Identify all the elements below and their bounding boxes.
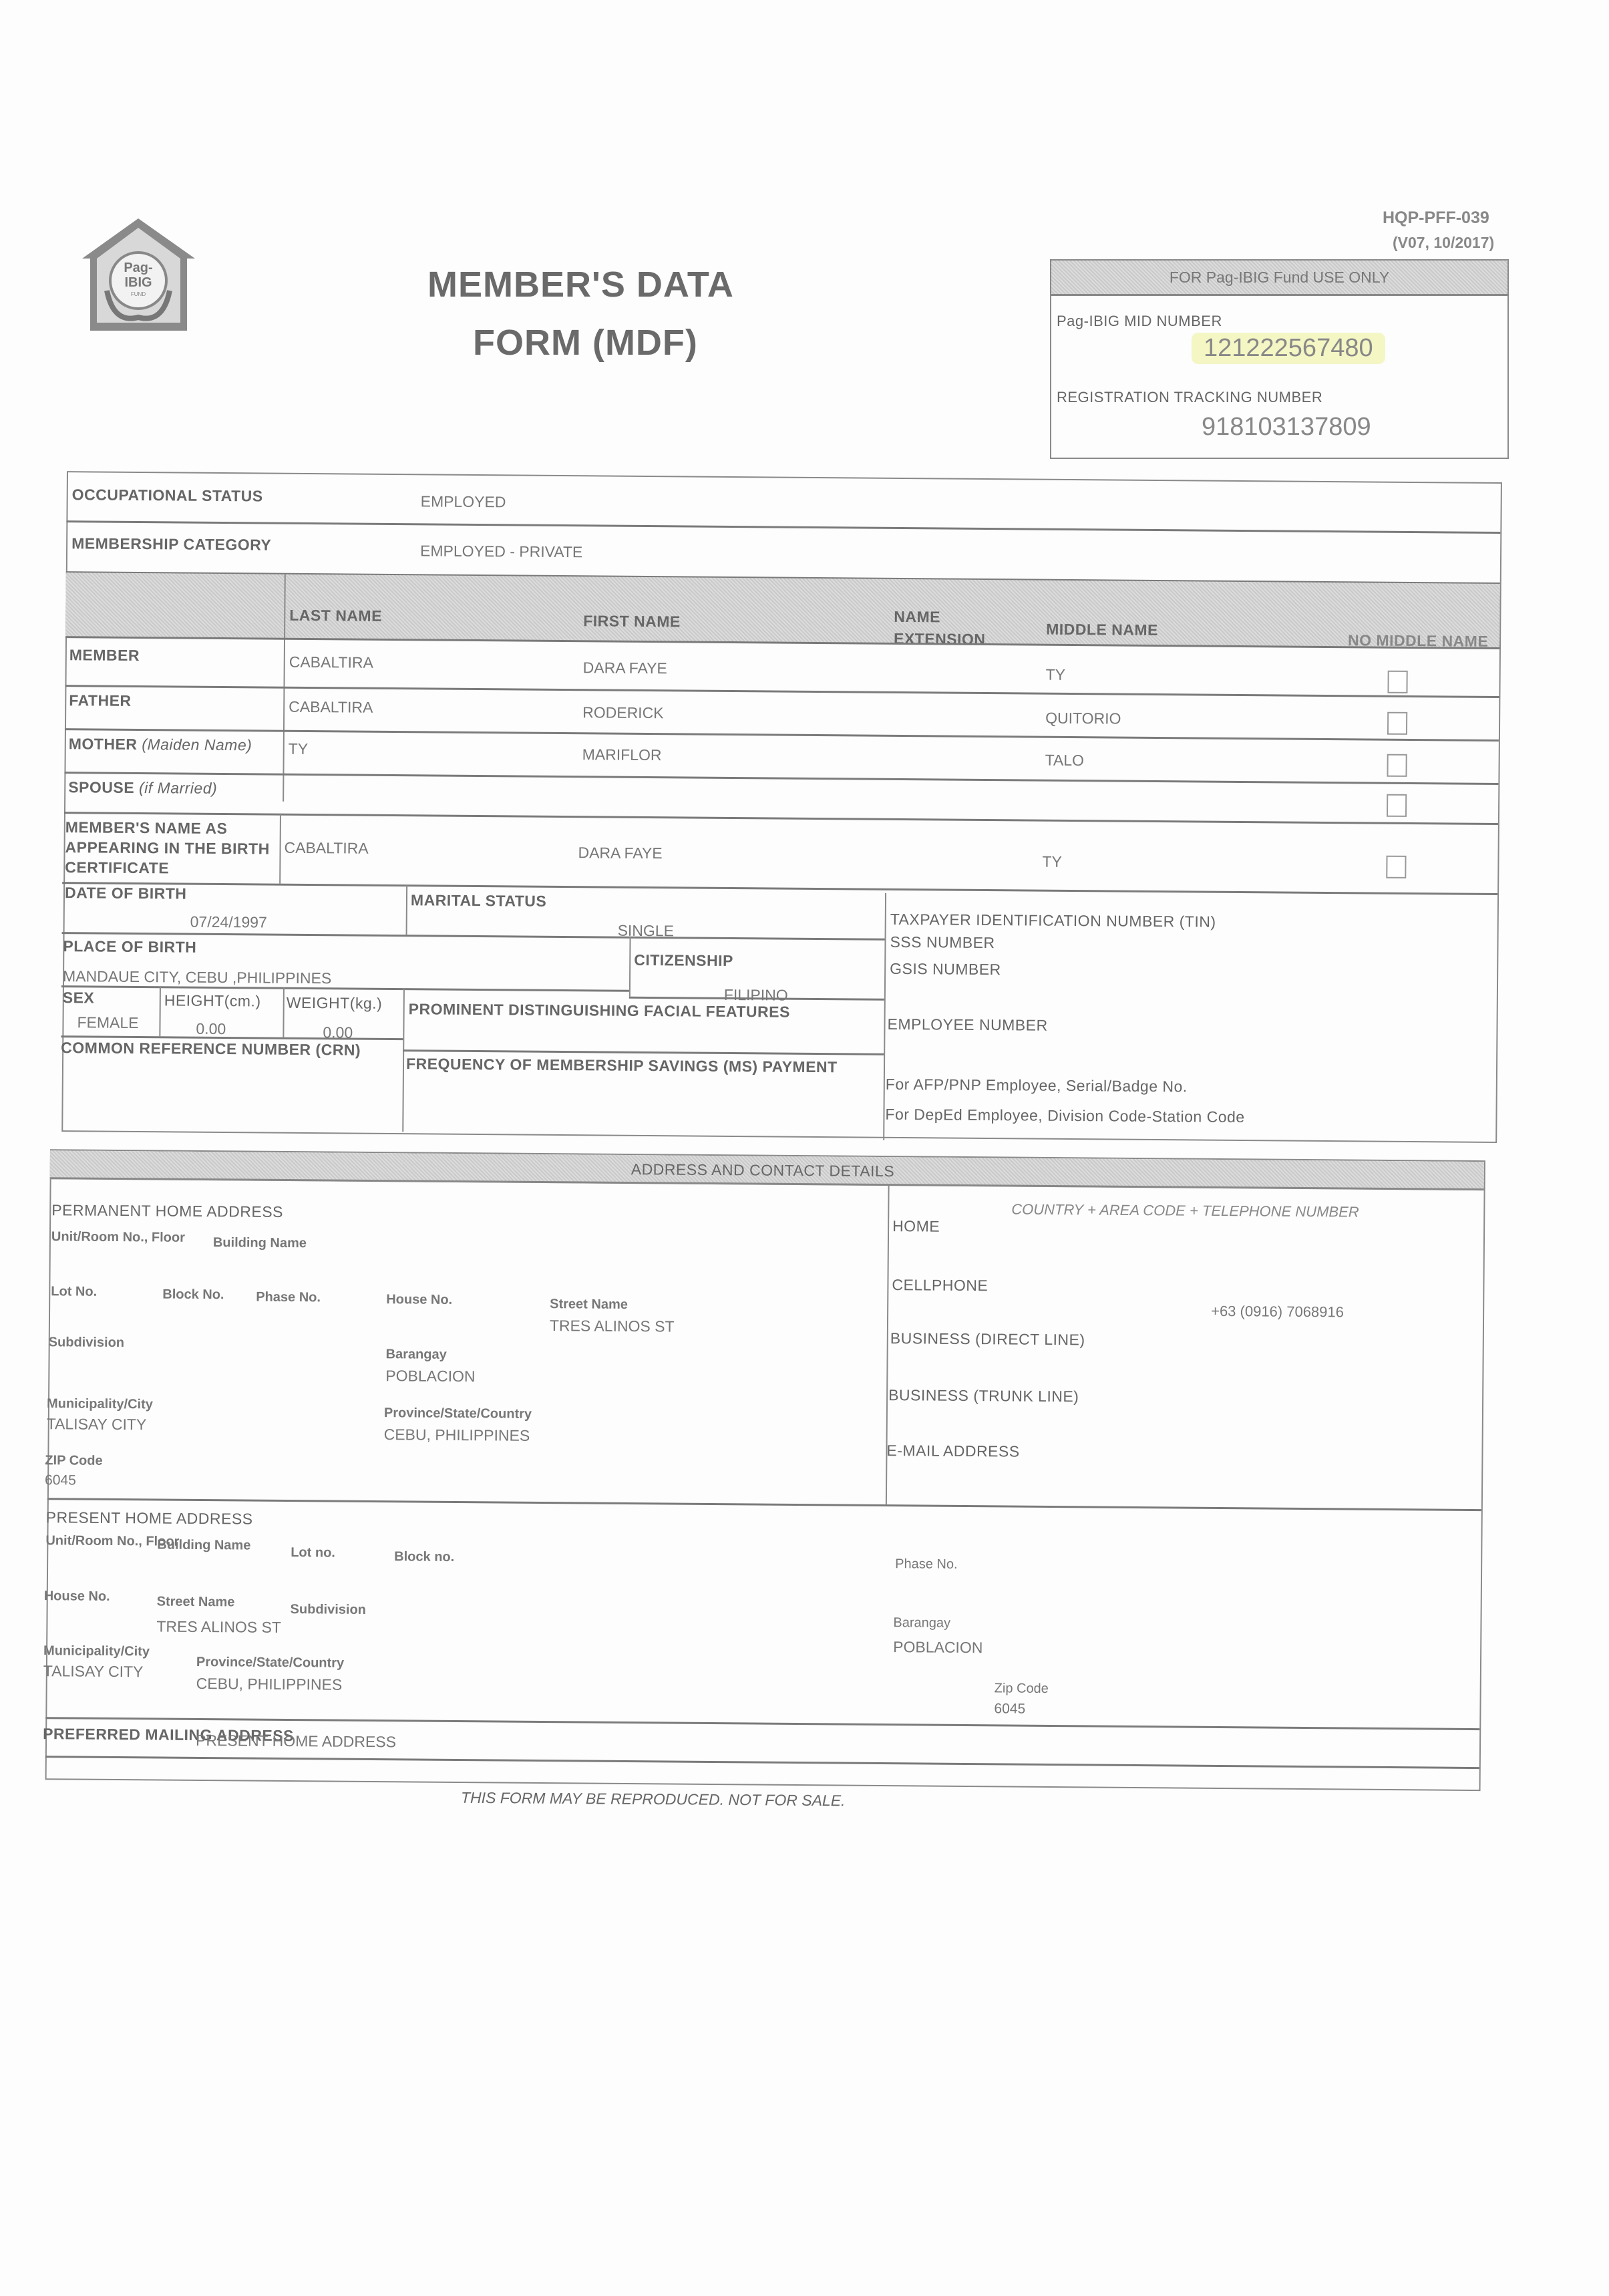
- pres-house-label: House No.: [44, 1589, 110, 1605]
- height-value[interactable]: 0.00: [196, 1020, 226, 1038]
- pres-phase-label: Phase No.: [895, 1556, 958, 1573]
- spouse-label: SPOUSE: [68, 778, 134, 796]
- membership-category-value[interactable]: EMPLOYED - PRIVATE: [420, 542, 582, 561]
- office-use-title: FOR Pag-IBIG Fund USE ONLY: [1051, 269, 1507, 287]
- mother-middle-name[interactable]: TALO: [1045, 752, 1085, 770]
- perm-lot-label: Lot No.: [51, 1284, 97, 1300]
- pres-zip-label: Zip Code: [995, 1681, 1049, 1697]
- afp-pnp-label: For AFP/PNP Employee, Serial/Badge No.: [886, 1076, 1188, 1096]
- perm-barangay-label: Barangay: [386, 1347, 447, 1363]
- father-last-name[interactable]: CABALTIRA: [289, 698, 373, 717]
- occupational-status-label: OCCUPATIONAL STATUS: [72, 486, 263, 505]
- mother-last-name[interactable]: TY: [289, 740, 309, 758]
- birth-cert-no-middle-name-checkbox[interactable]: [1386, 856, 1406, 878]
- member-no-middle-name-checkbox[interactable]: [1387, 671, 1407, 693]
- weight-label: WEIGHT(kg.): [287, 994, 383, 1013]
- mother-label-note: (Maiden Name): [142, 735, 252, 754]
- rtn-number: 918103137809: [1202, 413, 1371, 442]
- phone-format-hint: COUNTRY + AREA CODE + TELEPHONE NUMBER: [1011, 1201, 1359, 1221]
- address-contact-table: ADDRESS AND CONTACT DETAILS PERMANENT HO…: [25, 1149, 1486, 1795]
- form-title-line2: FORM (MDF): [473, 322, 698, 363]
- cellphone-value[interactable]: +63 (0916) 7068916: [1211, 1303, 1344, 1321]
- pres-block-label: Block no.: [394, 1549, 454, 1565]
- svg-text:FUND: FUND: [131, 291, 146, 297]
- deped-label: For DepEd Employee, Division Code-Statio…: [885, 1106, 1244, 1126]
- father-first-name[interactable]: RODERICK: [582, 703, 664, 722]
- header-last-name: LAST NAME: [289, 607, 382, 625]
- birth-cert-last-name[interactable]: CABALTIRA: [284, 839, 368, 858]
- form-code: HQP-PFF-039: [1383, 208, 1489, 228]
- header-middle-name: MIDDLE NAME: [1046, 621, 1158, 639]
- pres-city-label: Municipality/City: [43, 1643, 150, 1659]
- email-label: E-MAIL ADDRESS: [886, 1442, 1019, 1461]
- member-middle-name[interactable]: TY: [1046, 666, 1066, 684]
- mother-no-middle-name-checkbox[interactable]: [1387, 754, 1407, 777]
- ms-frequency-label: FREQUENCY OF MEMBERSHIP SAVINGS (MS) PAY…: [406, 1055, 838, 1076]
- office-use-box: FOR Pag-IBIG Fund USE ONLY Pag-IBIG MID …: [1050, 259, 1509, 459]
- pres-subdivision-label: Subdivision: [291, 1602, 367, 1618]
- pres-barangay-value[interactable]: POBLACION: [893, 1638, 982, 1657]
- perm-phase-label: Phase No.: [256, 1290, 321, 1306]
- footer-note: THIS FORM MAY BE REPRODUCED. NOT FOR SAL…: [461, 1789, 846, 1810]
- member-last-name[interactable]: CABALTIRA: [289, 653, 373, 672]
- business-trunk-label: BUSINESS (TRUNK LINE): [888, 1386, 1079, 1406]
- pres-street-value[interactable]: TRES ALINOS ST: [156, 1618, 281, 1637]
- header-name-extension-2: EXTENSION: [894, 630, 986, 649]
- home-phone-label: HOME: [892, 1217, 940, 1236]
- pres-street-label: Street Name: [157, 1595, 235, 1611]
- member-info-table: OCCUPATIONAL STATUS EMPLOYED MEMBERSHIP …: [48, 471, 1503, 1150]
- pres-province-value[interactable]: CEBU, PHILIPPINES: [196, 1675, 343, 1694]
- mailing-address-value[interactable]: PRESENT HOME ADDRESS: [196, 1732, 396, 1751]
- names-header-band: [65, 572, 1500, 647]
- occupational-status-value[interactable]: EMPLOYED: [421, 492, 506, 511]
- pres-zip-value[interactable]: 6045: [994, 1701, 1025, 1717]
- perm-street-label: Street Name: [550, 1297, 628, 1313]
- mother-first-name[interactable]: MARIFLOR: [582, 746, 662, 764]
- member-first-name[interactable]: DARA FAYE: [583, 659, 667, 677]
- membership-category-label: MEMBERSHIP CATEGORY: [71, 534, 271, 554]
- address-section-title: ADDRESS AND CONTACT DETAILS: [631, 1160, 895, 1180]
- father-no-middle-name-checkbox[interactable]: [1387, 712, 1407, 735]
- perm-zip-value[interactable]: 6045: [45, 1472, 76, 1488]
- citizenship-label: CITIZENSHIP: [634, 951, 733, 970]
- present-address-title: PRESENT HOME ADDRESS: [46, 1508, 253, 1528]
- perm-city-label: Municipality/City: [47, 1396, 153, 1412]
- mother-label: MOTHER: [69, 735, 138, 753]
- perm-subdivision-label: Subdivision: [49, 1335, 125, 1351]
- gsis-label: GSIS NUMBER: [890, 960, 1001, 979]
- row-label-member: MEMBER: [69, 646, 140, 665]
- header-first-name: FIRST NAME: [583, 612, 681, 631]
- permanent-address-title: PERMANENT HOME ADDRESS: [51, 1201, 283, 1221]
- pob-label: PLACE OF BIRTH: [63, 937, 196, 957]
- mid-number: 121222567480: [1192, 333, 1385, 364]
- birth-cert-middle-name[interactable]: TY: [1042, 853, 1062, 871]
- perm-barangay-value[interactable]: POBLACION: [385, 1367, 475, 1385]
- perm-house-label: House No.: [386, 1292, 452, 1308]
- father-middle-name[interactable]: QUITORIO: [1045, 709, 1121, 728]
- marital-status-label-text: MARITAL STATUS: [411, 891, 547, 911]
- pag-ibig-logo: Pag- IBIG FUND: [80, 217, 197, 337]
- sss-label: SSS NUMBER: [890, 933, 995, 952]
- rtn-label: REGISTRATION TRACKING NUMBER: [1057, 389, 1322, 406]
- header-name-extension-1: NAME: [894, 608, 940, 627]
- spouse-no-middle-name-checkbox[interactable]: [1387, 794, 1407, 817]
- birth-cert-first-name[interactable]: DARA FAYE: [578, 844, 662, 862]
- row-label-spouse: SPOUSE (if Married): [68, 778, 217, 798]
- dob-value[interactable]: 07/24/1997: [190, 913, 267, 932]
- dob-label: DATE OF BIRTH: [65, 884, 187, 903]
- pob-value[interactable]: MANDAUE CITY, CEBU ,PHILIPPINES: [63, 967, 331, 987]
- row-label-birth-certificate: MEMBER'S NAME AS APPEARING IN THE BIRTH …: [65, 817, 273, 878]
- pres-building-label: Building Name: [157, 1538, 250, 1554]
- pres-barangay-label: Barangay: [893, 1615, 950, 1631]
- perm-province-value[interactable]: CEBU, PHILIPPINES: [384, 1426, 530, 1445]
- perm-building-label: Building Name: [213, 1235, 307, 1251]
- sex-value[interactable]: FEMALE: [77, 1013, 138, 1032]
- facial-features-label: PROMINENT DISTINGUISHING FACIAL FEATURES: [409, 1000, 790, 1021]
- svg-text:IBIG: IBIG: [124, 275, 152, 290]
- form-title-line1: MEMBER'S DATA: [427, 264, 734, 305]
- spouse-label-note: (if Married): [139, 779, 217, 797]
- tin-label: TAXPAYER IDENTIFICATION NUMBER (TIN): [890, 911, 1216, 931]
- pres-city-value[interactable]: TALISAY CITY: [43, 1662, 144, 1681]
- employee-number-label: EMPLOYEE NUMBER: [887, 1015, 1047, 1035]
- perm-province-label: Province/State/Country: [384, 1406, 532, 1422]
- pres-lot-label: Lot no.: [291, 1545, 335, 1561]
- perm-street-value[interactable]: TRES ALINOS ST: [550, 1317, 675, 1335]
- perm-block-label: Block No.: [162, 1287, 224, 1303]
- perm-unit-label: Unit/Room No., Floor: [51, 1229, 185, 1246]
- crn-label: COMMON REFERENCE NUMBER (CRN): [61, 1039, 361, 1059]
- mid-label: Pag-IBIG MID NUMBER: [1057, 313, 1222, 330]
- svg-text:Pag-: Pag-: [124, 261, 152, 275]
- row-label-mother: MOTHER (Maiden Name): [69, 735, 252, 754]
- perm-zip-label: ZIP Code: [45, 1453, 102, 1469]
- citizenship-value[interactable]: FILIPINO: [724, 986, 788, 1005]
- pres-province-label: Province/State/Country: [196, 1655, 344, 1671]
- cellphone-label: CELLPHONE: [892, 1276, 988, 1295]
- sex-label: SEX: [63, 989, 95, 1007]
- perm-city-value[interactable]: TALISAY CITY: [47, 1415, 147, 1434]
- business-direct-label: BUSINESS (DIRECT LINE): [890, 1329, 1085, 1349]
- form-version: (V07, 10/2017): [1393, 234, 1494, 252]
- row-label-father: FATHER: [69, 691, 132, 710]
- height-label: HEIGHT(cm.): [164, 991, 261, 1010]
